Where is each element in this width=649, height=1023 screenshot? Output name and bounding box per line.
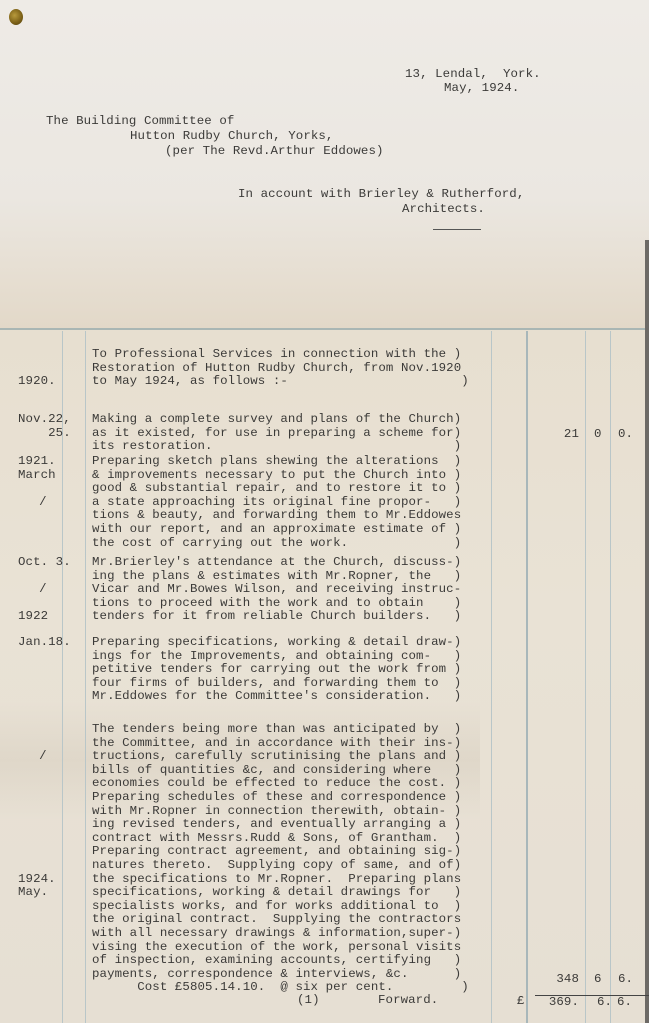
entry-text-line: bills of quantities &c, and considering … [92,764,461,778]
entry-text-line: specialists works, and for works additio… [92,900,461,914]
entry-date: 1922 [18,610,48,624]
recipient-line-3: (per The Revd.Arthur Eddowes) [165,145,384,159]
entry-text-line: Mr.Brierley's attendance at the Church, … [92,556,461,570]
entry-text-line: economies could be effected to reduce th… [92,777,461,791]
column-rule [610,331,611,1023]
entry-text-line: Preparing contract agreement, and obtain… [92,845,461,859]
entry-text-line: Vicar and Mr.Bowes Wilson, and receiving… [92,583,461,597]
entry-date: Oct. 3. [18,556,71,570]
entry-text-line: the Committee, and in accordance with th… [92,737,461,751]
entry-text-line: of inspection, examining accounts, certi… [92,954,461,968]
currency-symbol: £ [517,995,525,1009]
entry-date: / [24,496,47,510]
entry-text-line: contract with Messrs.Rudd & Sons, of Gra… [92,832,461,846]
entry-text-line: a state approaching its original fine pr… [92,496,461,510]
entry-text-line: To Professional Services in connection w… [92,348,461,362]
entry-text-line: Restoration of Hutton Rudby Church, from… [92,362,461,376]
page-number: (1) [297,994,320,1008]
entry-text-line: good & substantial repair, and to restor… [92,482,461,496]
ledger-header-rule [0,328,645,330]
entry-text-line: specifications, working & detail drawing… [92,886,461,900]
column-rule [585,331,586,1023]
entry-text-line: The tenders being more than was anticipa… [92,723,461,737]
entry-text-line: tenders for it from reliable Church buil… [92,610,461,624]
amount-pounds: 348 [0,973,579,987]
entry-text-line: tions to proceed with the work and to ob… [92,597,461,611]
paper-edge [645,240,649,1023]
amount-shillings: 0 [594,428,602,442]
entry-text-line: ings for the Improvements, and obtaining… [92,650,461,664]
amount-pounds: 21 [0,428,579,442]
entry-text-line: its restoration. ) [92,440,461,454]
entry-text-line: with Mr.Ropner in connection therewith, … [92,805,461,819]
entry-text-line: ing revised tenders, and eventually arra… [92,818,461,832]
entry-date: Nov.22, [18,413,71,427]
entry-date: March [18,469,56,483]
entry-text-line: Preparing schedules of these and corresp… [92,791,461,805]
entry-text-line: with all necessary drawings & informatio… [92,927,461,941]
entry-text-line: Preparing sketch plans shewing the alter… [92,455,461,469]
entry-text-line: with our report, and an approximate esti… [92,523,461,537]
divider-rule [433,229,481,230]
entry-text-line: ing the plans & estimates with Mr.Ropner… [92,570,461,584]
entry-date: 1920. [18,375,56,389]
entry-text-line: tions & beauty, and forwarding them to M… [92,509,461,523]
entry-text-line: four firms of builders, and forwarding t… [92,677,461,691]
total-pence: 6. [617,996,632,1010]
entry-date: / [24,750,47,764]
account-line-1: In account with Brierley & Rutherford, [238,188,524,202]
entry-text-line: & improvements necessary to put the Chur… [92,469,461,483]
paper-upper [0,0,649,330]
amount-pence: 0. [618,428,633,442]
entry-text-line: to May 1924, as follows :- ) [92,375,469,389]
entry-date: / [24,583,47,597]
total-shillings: 6. [597,996,612,1010]
entry-date: 1921. [18,455,56,469]
entry-text-line: Mr.Eddowes for the Committee's considera… [92,690,461,704]
entry-text-line: Preparing specifications, working & deta… [92,636,461,650]
recipient-line-1: The Building Committee of [46,115,234,129]
entry-text-line: the cost of carrying out the work. ) [92,537,461,551]
entry-text-line: tructions, carefully scrutinising the pl… [92,750,461,764]
recipient-line-2: Hutton Rudby Church, Yorks, [130,130,333,144]
forward-label: Forward. [378,994,438,1008]
amount-shillings: 6 [594,973,602,987]
entry-date: 1924. [18,873,56,887]
entry-text-line: the original contract. Supplying the con… [92,913,461,927]
entry-text-line: natures thereto. Supplying copy of same,… [92,859,461,873]
entry-text-line: petitive tenders for carrying out the wo… [92,663,461,677]
entry-date: May. [18,886,48,900]
entry-date: Jan.18. [18,636,71,650]
amount-pence: 6. [618,973,633,987]
entry-text-line: vising the execution of the work, person… [92,941,461,955]
entry-text-line: the specifications to Mr.Ropner. Prepari… [92,873,461,887]
account-line-2: Architects. [402,203,485,217]
letter-date: May, 1924. [444,82,519,96]
brass-pin-icon [9,9,23,25]
sender-address: 13, Lendal, York. [405,68,541,82]
entry-text-line: Making a complete survey and plans of th… [92,413,461,427]
